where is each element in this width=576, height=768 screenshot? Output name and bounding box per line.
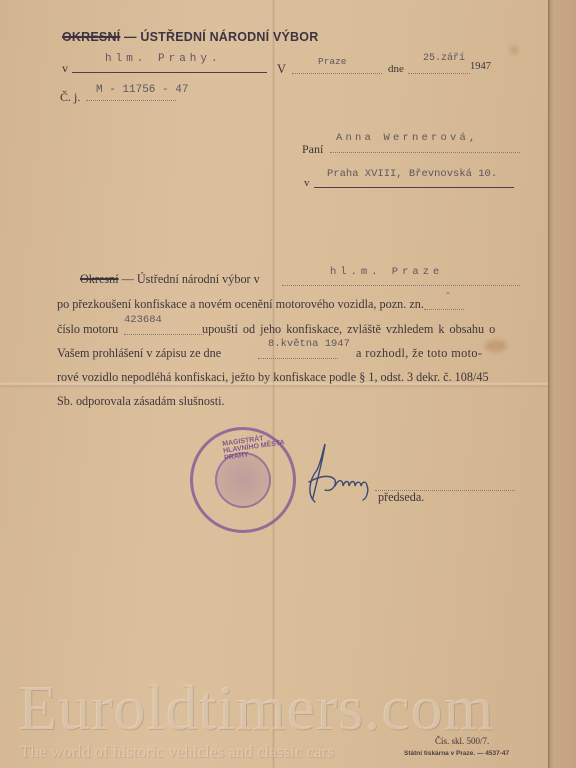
signature-icon bbox=[295, 440, 375, 510]
place-label: V bbox=[277, 62, 286, 77]
struck-okresni: Okresní bbox=[80, 272, 119, 286]
struck-word: OKRESNÍ bbox=[62, 30, 120, 44]
date-value: 25.září bbox=[423, 53, 465, 64]
addressee-address: Praha XVIII, Břevnovská 10. bbox=[327, 168, 497, 180]
place-dotted-line bbox=[292, 73, 382, 74]
body-line-1-dotted bbox=[282, 285, 520, 286]
body-line-6: Sb. odporovala zásadám slušnosti. bbox=[57, 394, 225, 409]
body-line-4-text2: a rozhodl, že toto moto- bbox=[356, 346, 482, 361]
place-value: Praze bbox=[318, 56, 347, 67]
stain bbox=[510, 46, 518, 54]
body-line-4-dotted bbox=[258, 358, 338, 359]
cj-value: M - 11756 - 47 bbox=[96, 84, 188, 96]
year: 1947 bbox=[470, 61, 491, 72]
body-line-1-text: — Ústřední národní výbor v bbox=[119, 272, 260, 286]
salutation-label: Paní bbox=[302, 142, 323, 157]
body-line-3-text: upouští od jeho konfiskace, zvláště vzhl… bbox=[202, 322, 495, 337]
office-title: OKRESNÍ — ÚSTŘEDNÍ NÁRODNÍ VÝBOR bbox=[62, 30, 318, 44]
registration-value: - bbox=[445, 289, 451, 300]
v-value: hlm. Prahy. bbox=[105, 53, 222, 65]
title-text: — ÚSTŘEDNÍ NÁRODNÍ VÝBOR bbox=[120, 30, 318, 44]
stamp-emblem bbox=[215, 452, 271, 508]
v-underline bbox=[72, 72, 267, 73]
motor-dotted-line bbox=[124, 334, 204, 335]
date-dotted-line bbox=[408, 73, 470, 74]
body-line-5: rové vozidlo nepodléhá konfiskaci, ježto… bbox=[57, 370, 489, 385]
official-stamp: MAGISTRÁT HLAVNÍHO MĚSTA PRAHY bbox=[190, 427, 296, 533]
catalog-number: Čís. skl. 500/7. bbox=[435, 736, 489, 746]
cj-dotted-line bbox=[86, 100, 176, 101]
body-line-1: Okresní — Ústřední národní výbor v bbox=[80, 272, 260, 287]
address-underline bbox=[314, 187, 514, 188]
v-label: v bbox=[62, 61, 68, 76]
addressee-name: Anna Wernerová, bbox=[336, 132, 479, 144]
watermark-brand: Euroldtimers.com bbox=[18, 676, 494, 740]
signature-role: předseda. bbox=[378, 490, 424, 505]
declaration-date: 8.května 1947 bbox=[268, 338, 350, 350]
printer-info: Státní tiskárna v Praze. — 4537-47 bbox=[404, 750, 509, 757]
motor-number: 423684 bbox=[124, 314, 162, 326]
motor-label: číslo motoru bbox=[57, 322, 118, 337]
page-edge bbox=[548, 0, 576, 768]
name-dotted-line bbox=[330, 152, 520, 153]
body-line-4: Vašem prohlášení v zápisu ze dne bbox=[57, 346, 221, 361]
date-label: dne bbox=[388, 63, 404, 75]
stain bbox=[485, 340, 507, 352]
body-line-2: po přezkoušení konfiskace a novém oceněn… bbox=[57, 297, 424, 312]
body-line-2-dotted bbox=[424, 309, 464, 310]
address-v-label: v bbox=[304, 177, 310, 189]
body-line-1-value: hl.m. Praze bbox=[330, 266, 443, 278]
watermark-tagline: The world of historic vehicles and class… bbox=[20, 742, 334, 762]
cj-label: Č. j. bbox=[60, 90, 80, 105]
